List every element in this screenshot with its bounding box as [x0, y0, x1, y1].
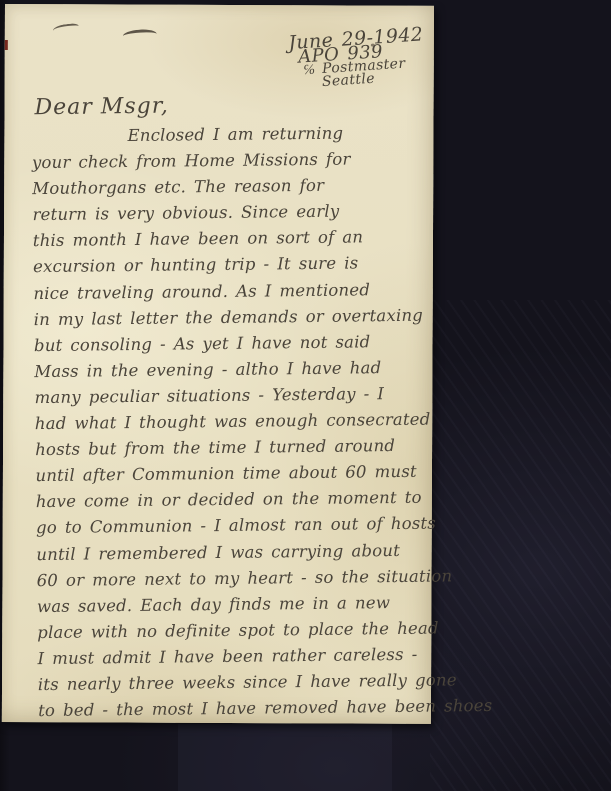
- letter-line: until I remembered I was carrying about: [36, 537, 438, 568]
- letter-paper: June 29-1942 APO 939 ℅ Postmaster Seattl…: [2, 4, 434, 724]
- letter-line: 60 or more next to my heart - so the sit…: [37, 563, 439, 594]
- letter-line: to bed - the most I have removed have be…: [38, 694, 440, 725]
- background-seam: [178, 724, 392, 791]
- letter-line: go to Communion - I almost ran out of ho…: [36, 511, 438, 542]
- letter-heading: June 29-1942 APO 939 ℅ Postmaster Seattl…: [288, 26, 426, 91]
- ink-scribble-mark: [123, 28, 158, 41]
- background-fabric-sheen: [430, 300, 611, 791]
- letter-salutation: Dear Msgr,: [34, 94, 169, 121]
- letter-body: Enclosed I am returningyour check from H…: [31, 120, 440, 725]
- letter-city: Seattle: [322, 69, 427, 89]
- scanned-letter-page: { "scan": { "background_color": "#14131c…: [0, 0, 611, 791]
- letter-line: in my last letter the demands or overtax…: [34, 302, 436, 333]
- red-edge-mark: [5, 40, 8, 50]
- ink-scribble-mark: [52, 23, 79, 35]
